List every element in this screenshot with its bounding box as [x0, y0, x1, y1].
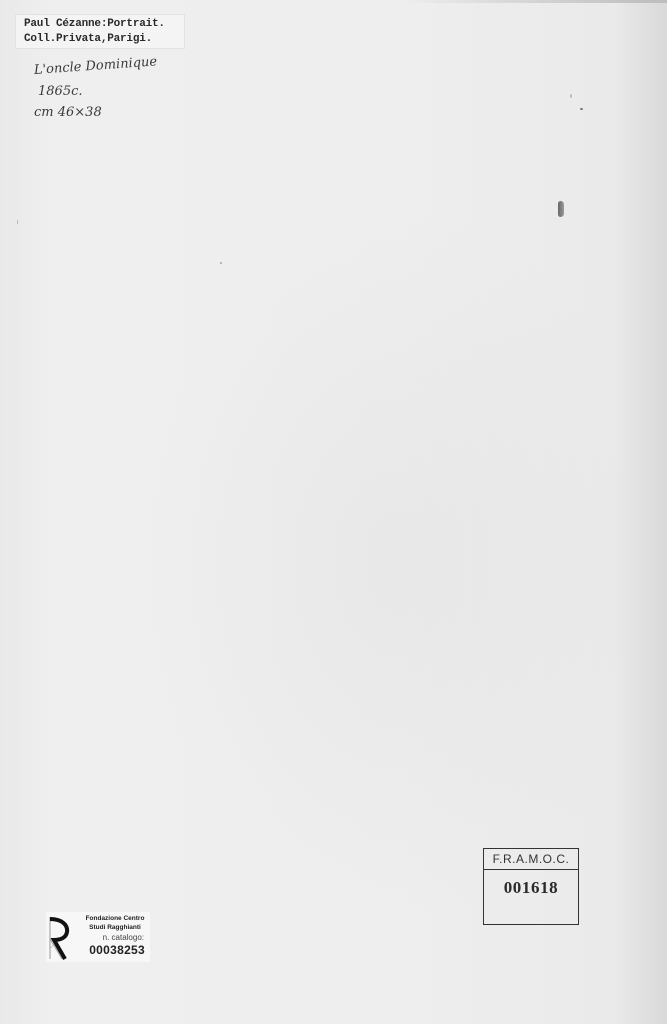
ragghianti-org-line-1: Fondazione Centro	[72, 914, 148, 923]
framoc-stamp-title: F.R.A.M.O.C.	[484, 849, 578, 870]
catalog-number: 00038253	[72, 943, 148, 957]
ragghianti-catalog-label: Fondazione Centro Studi Ragghianti n. ca…	[46, 912, 150, 962]
typed-caption-line-1: Paul Cézanne:Portrait.	[24, 17, 184, 32]
framoc-stamp-number: 001618	[484, 870, 578, 906]
paper-blemish	[558, 201, 564, 217]
typed-caption-line-2: Coll.Privata,Parigi.	[24, 32, 184, 47]
handwritten-date: 1865c.	[38, 81, 157, 102]
ragghianti-r-logo-icon	[48, 915, 70, 960]
typed-caption-label: Paul Cézanne:Portrait. Coll.Privata,Pari…	[16, 15, 184, 48]
paper-speck	[570, 94, 572, 98]
paper-speck	[17, 220, 18, 224]
framoc-stamp: F.R.A.M.O.C. 001618	[483, 848, 579, 925]
catalog-number-label: n. catalogo:	[72, 932, 148, 943]
handwritten-dimensions: cm 46×38	[34, 102, 157, 123]
ragghianti-org-line-2: Studi Ragghianti	[72, 923, 148, 932]
paper-speck	[580, 108, 583, 110]
handwritten-notes: L'oncle Dominique 1865c. cm 46×38	[34, 60, 157, 123]
paper-speck	[220, 262, 222, 264]
